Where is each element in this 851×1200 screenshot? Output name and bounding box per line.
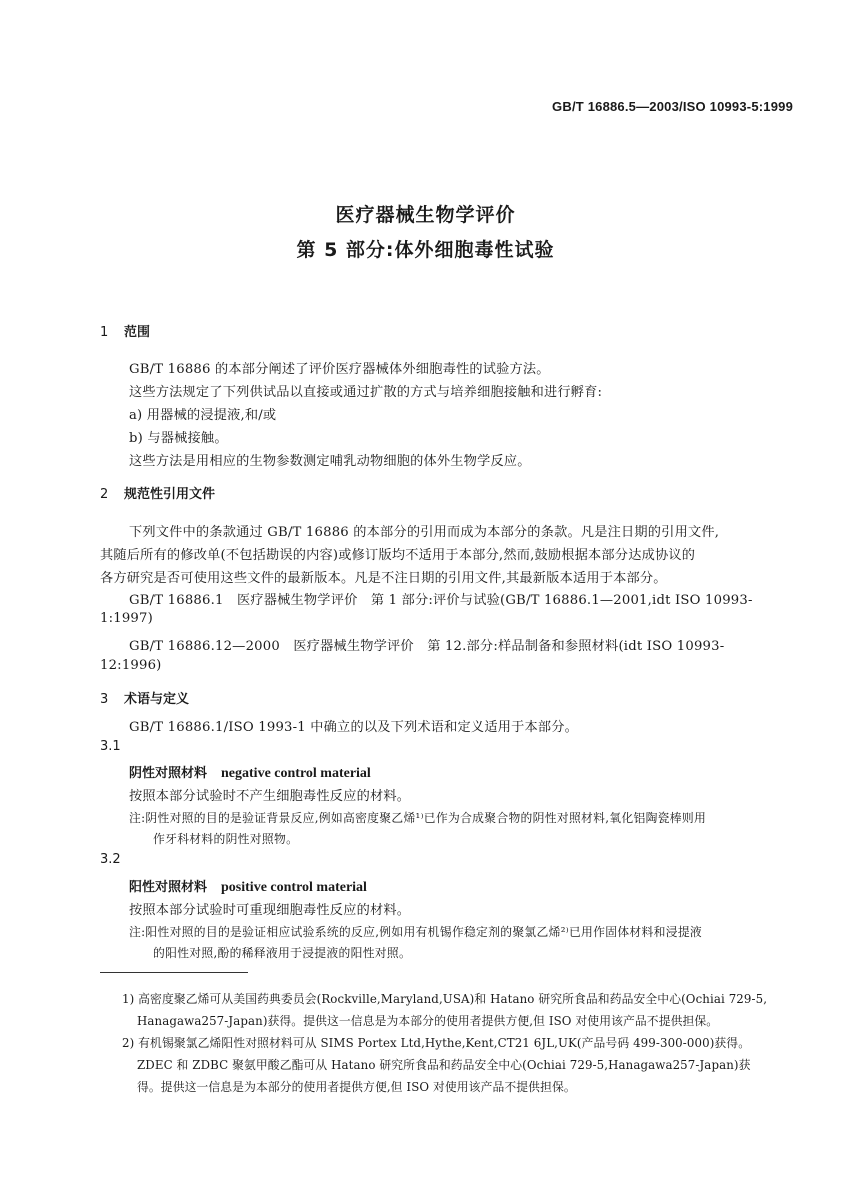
paragraph: 这些方法是用相应的生物参数测定哺乳动物细胞的体外生物学反应。 bbox=[129, 450, 531, 469]
section-2-heading: 2规范性引用文件 bbox=[100, 483, 215, 502]
footnote-2-cont: ZDEC 和 ZDBC 聚氨甲酸乙酯可从 Hatano 研究所食品和药品安全中心… bbox=[137, 1056, 751, 1073]
reference-item-1: GB/T 16886.1 医疗器械生物学评价 第 1 部分:评价与试验(GB/T… bbox=[129, 589, 753, 608]
term-zh: 阳性对照材料 bbox=[129, 880, 207, 895]
footnote-2: 2) 有机锡聚氯乙烯阳性对照材料可从 SIMS Portex Ltd,Hythe… bbox=[122, 1034, 750, 1051]
standard-code-header: GB/T 16886.5—2003/ISO 10993-5:1999 bbox=[552, 99, 793, 114]
section-title: 术语与定义 bbox=[124, 692, 189, 707]
section-number: 2 bbox=[100, 487, 124, 502]
paragraph: 各方研究是否可使用这些文件的最新版本。凡是不注日期的引用文件,其最新版本适用于本… bbox=[100, 567, 667, 586]
term-definition: 按照本部分试验时不产生细胞毒性反应的材料。 bbox=[129, 785, 410, 804]
section-number: 3 bbox=[100, 692, 124, 707]
reference-item-2-cont: 12:1996) bbox=[100, 658, 162, 673]
term-heading: 阳性对照材料positive control material bbox=[129, 876, 367, 896]
section-1-heading: 1范围 bbox=[100, 321, 150, 340]
note-cont: 的阳性对照,酚的稀释液用于浸提液的阳性对照。 bbox=[153, 944, 411, 961]
document-title-line1: 医疗器械生物学评价 bbox=[0, 200, 851, 227]
section-title: 范围 bbox=[124, 325, 150, 340]
list-item-b: b) 与器械接触。 bbox=[129, 427, 228, 446]
note: 注:阴性对照的目的是验证背景反应,例如高密度聚乙烯¹⁾已作为合成聚合物的阴性对照… bbox=[129, 809, 706, 826]
paragraph: GB/T 16886 的本部分阐述了评价医疗器械体外细胞毒性的试验方法。 bbox=[129, 358, 550, 377]
paragraph: 其随后所有的修改单(不包括勘误的内容)或修订版均不适用于本部分,然而,鼓励根据本… bbox=[100, 544, 695, 563]
section-number: 1 bbox=[100, 325, 124, 340]
reference-item-2: GB/T 16886.12—2000 医疗器械生物学评价 第 12.部分:样品制… bbox=[129, 635, 724, 654]
term-heading: 阴性对照材料negative control material bbox=[129, 762, 371, 782]
term-zh: 阴性对照材料 bbox=[129, 766, 207, 781]
note: 注:阳性对照的目的是验证相应试验系统的反应,例如用有机锡作稳定剂的聚氯乙烯²⁾已… bbox=[129, 923, 702, 940]
term-definition: 按照本部分试验时可重现细胞毒性反应的材料。 bbox=[129, 899, 410, 918]
term-number: 3.1 bbox=[100, 739, 121, 754]
section-title: 规范性引用文件 bbox=[124, 487, 215, 502]
term-number: 3.2 bbox=[100, 852, 121, 867]
paragraph: GB/T 16886.1/ISO 1993-1 中确立的以及下列术语和定义适用于… bbox=[129, 716, 578, 735]
footnote-divider bbox=[100, 972, 248, 973]
footnote-1: 1) 高密度聚乙烯可从美国药典委员会(Rockville,Maryland,US… bbox=[122, 990, 767, 1007]
paragraph: 下列文件中的条款通过 GB/T 16886 的本部分的引用而成为本部分的条款。凡… bbox=[129, 521, 719, 540]
term-en: negative control material bbox=[221, 766, 371, 781]
reference-item-1-cont: 1:1997) bbox=[100, 611, 153, 626]
footnote-2-cont2: 得。提供这一信息是为本部分的使用者提供方便,但 ISO 对使用该产品不提供担保。 bbox=[137, 1078, 576, 1095]
section-3-heading: 3术语与定义 bbox=[100, 688, 189, 707]
paragraph: 这些方法规定了下列供试品以直接或通过扩散的方式与培养细胞接触和进行孵育: bbox=[129, 381, 602, 400]
note-cont: 作牙科材料的阴性对照物。 bbox=[153, 830, 298, 847]
term-en: positive control material bbox=[221, 880, 367, 895]
list-item-a: a) 用器械的浸提液,和/或 bbox=[129, 404, 276, 423]
footnote-1-cont: Hanagawa257-Japan)获得。提供这一信息是为本部分的使用者提供方便… bbox=[137, 1012, 718, 1029]
document-title-line2: 第 5 部分:体外细胞毒性试验 bbox=[0, 235, 851, 262]
